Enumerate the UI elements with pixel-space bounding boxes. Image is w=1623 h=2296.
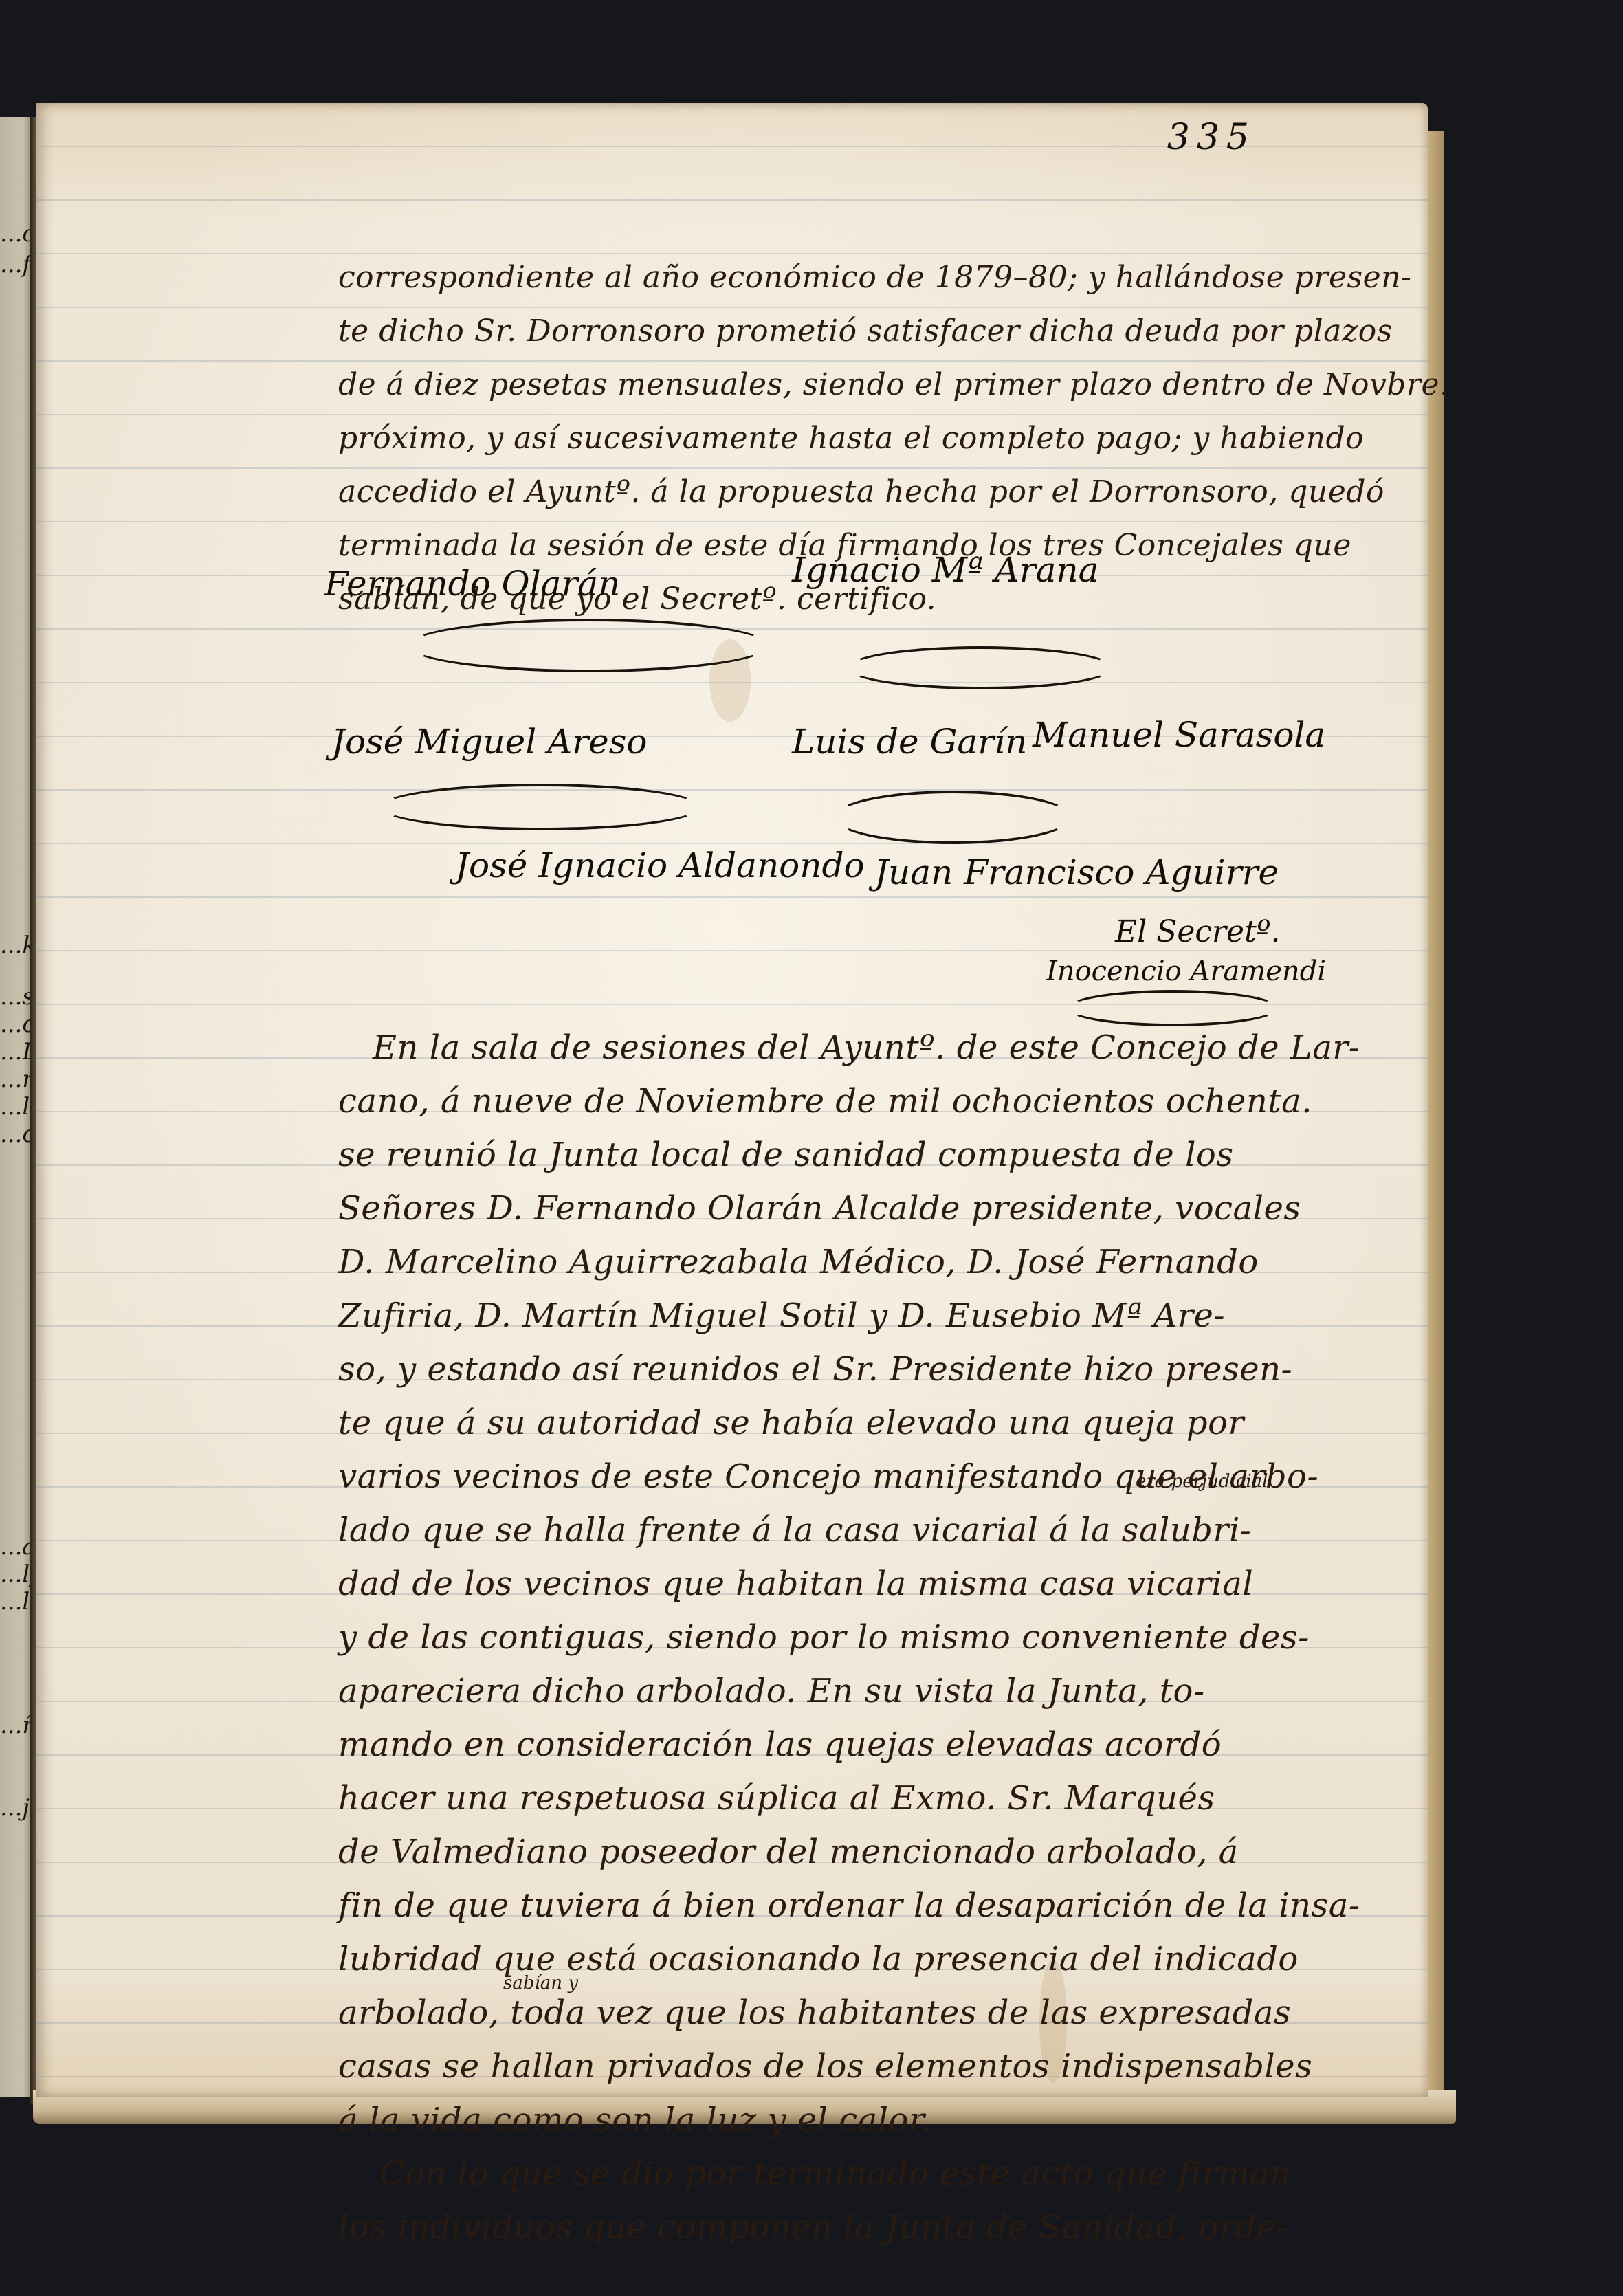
text-line: Señores D. Fernando Olarán Alcalde presi…	[338, 1182, 1424, 1235]
text-line: correspondiente al año económico de 1879…	[338, 251, 1424, 305]
text-line: Con lo que se dió por terminado este act…	[338, 2147, 1424, 2200]
text-line: lubridad que está ocasionando la presenc…	[338, 1932, 1424, 1986]
signature: Juan Francisco Aguirre	[874, 852, 1279, 892]
text-line: apareciera dicho arbolado. En su vista l…	[338, 1664, 1424, 1718]
signature: José Miguel Areso	[331, 722, 648, 762]
left-page-fragment: ...só	[0, 983, 33, 1011]
left-page-fragment: ...ly	[0, 1560, 33, 1588]
signature-flourish	[847, 646, 1114, 689]
left-page-fragment: ...los	[0, 1588, 33, 1615]
signature: Luis de Garín	[792, 722, 1027, 762]
left-page-fragment: ...fo.	[0, 251, 33, 278]
left-page-fragment: ...jó	[0, 1794, 33, 1822]
text-line: accedido el Ayuntº. á la propuesta hecha…	[338, 465, 1424, 519]
secretary-title: El Secretº.	[1115, 914, 1280, 949]
text-line: de Valmediano poseedor del mencionado ar…	[338, 1825, 1424, 1879]
text-line: á la vida como son la luz y el calor.	[338, 2093, 1424, 2147]
text-line: te dicho Sr. Dorronsoro prometió satisfa…	[338, 305, 1424, 358]
text-line: te que á su autoridad se había elevado u…	[338, 1396, 1424, 1450]
text-line: fin de que tuviera á bien ordenar la des…	[338, 1879, 1424, 1932]
text-line: y de las contiguas, siendo por lo mismo …	[338, 1611, 1424, 1664]
secretary-signature: Inocencio Aramendi	[1046, 956, 1326, 987]
left-page-fragment: ...ño	[0, 1712, 33, 1739]
text-line: los individuos que componen la Junta de …	[338, 2200, 1424, 2254]
text-line: En la sala de sesiones del Ayuntº. de es…	[338, 1021, 1424, 1074]
text-line: casas se hallan privados de los elemento…	[338, 2040, 1424, 2093]
text-line: arbolado, toda vez que los habitantes de…	[338, 1986, 1424, 2040]
text-line: so, y estando así reunidos el Sr. Presid…	[338, 1343, 1424, 1396]
signature: Fernando Olarán	[324, 564, 620, 604]
signature-flourish	[833, 791, 1072, 844]
left-page-fragment: ...ki	[0, 931, 33, 959]
folio-number: 335	[1167, 117, 1256, 158]
facing-left-page: ...cin ...fo. ...ki ...só ...on ...D. ..…	[0, 117, 33, 2097]
interlinear-insertion: era perjudicial	[1136, 1471, 1268, 1492]
text-line: se reunió la Junta local de sanidad comp…	[338, 1128, 1424, 1182]
left-page-fragment: ...D.	[0, 1038, 33, 1066]
signature: José Ignacio Aldanondo	[455, 846, 865, 885]
signature-flourish	[379, 784, 701, 830]
left-page-fragment: ...as	[0, 1533, 33, 1560]
text-line: hacer una respetuosa súplica al Exmo. Sr…	[338, 1771, 1424, 1825]
text-line: Zufiria, D. Martín Miguel Sotil y D. Eus…	[338, 1289, 1424, 1343]
left-page-fragment: ...ony	[0, 1121, 33, 1148]
text-line: lado que se halla frente á la casa vicar…	[338, 1503, 1424, 1557]
text-line: de á diez pesetas mensuales, siendo el p…	[338, 358, 1424, 412]
left-page-fragment: ...ná	[0, 1066, 33, 1093]
signature-flourish	[407, 619, 770, 672]
left-page-fragment: ...on	[0, 1011, 33, 1038]
text-line: dad de los vecinos que habitan la misma …	[338, 1557, 1424, 1611]
signature: Ignacio Mª Arana	[792, 550, 1098, 590]
manuscript-page: 335 correspondiente al año económico de …	[36, 103, 1428, 2097]
text-line: D. Marcelino Aguirrezabala Médico, D. Jo…	[338, 1235, 1424, 1289]
junta-sanidad-minutes: En la sala de sesiones del Ayuntº. de es…	[338, 1021, 1424, 2254]
text-line: cano, á nueve de Noviembre de mil ochoci…	[338, 1074, 1424, 1128]
interlinear-insertion: sabían y	[503, 1973, 578, 1994]
text-line: próximo, y así sucesivamente hasta el co…	[338, 412, 1424, 465]
left-page-fragment: ...cin	[0, 220, 33, 247]
signature: Manuel Sarasola	[1033, 715, 1325, 755]
left-page-fragment: ...la,	[0, 1093, 33, 1121]
text-line: mando en consideración las quejas elevad…	[338, 1718, 1424, 1771]
